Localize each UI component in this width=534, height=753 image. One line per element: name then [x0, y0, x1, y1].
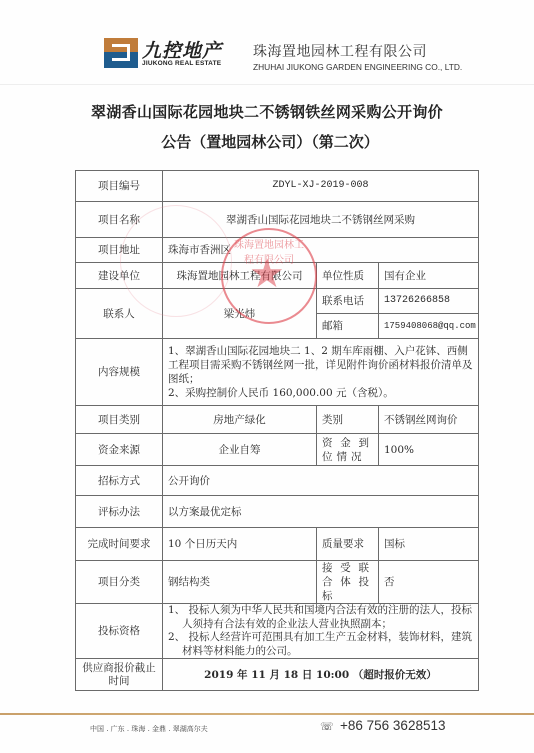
funding-status-value: 100%: [379, 434, 479, 466]
deadline-value: 2019 年 11 月 18 日 10:00 （超时报价无效）: [163, 659, 479, 691]
table-row: 项目分类 钢结构类 接受联合体投标 否: [76, 561, 479, 604]
project-name-label: 项目名称: [76, 202, 163, 238]
logo-english-text: JIUKONG REAL ESTATE: [142, 60, 221, 67]
project-name-value: 翠湖香山国际花园地块二不锈钢丝网采购: [163, 202, 479, 238]
table-row: 项目编号 ZDYL-XJ-2019-008: [76, 171, 479, 202]
table-row: 项目地址 珠海市香洲区: [76, 238, 479, 263]
funding-value: 企业自筹: [163, 434, 317, 466]
header-divider: [0, 84, 534, 85]
completion-value: 10 个日历天内: [163, 528, 317, 561]
announcement-table: 项目编号 ZDYL-XJ-2019-008 项目名称 翠湖香山国际花园地块二不锈…: [75, 170, 479, 691]
table-row: 招标方式 公开询价: [76, 466, 479, 496]
table-row: 建设单位 珠海置地园林工程有限公司 单位性质 国有企业: [76, 263, 479, 289]
evaluation-label: 评标办法: [76, 496, 163, 528]
consortium-label: 接受联合体投标: [317, 561, 379, 604]
footer-phone: ☏+86 756 3628513: [320, 718, 445, 733]
company-logo-icon: [104, 38, 138, 68]
contact-value: 梁光炜: [163, 289, 317, 339]
funding-status-label: 资金到位情况: [317, 434, 379, 466]
table-row: 评标办法 以方案最优定标: [76, 496, 479, 528]
footer-address: 中国 . 广东 . 珠海 . 金鼎 . 翠湖高尔夫: [90, 724, 208, 734]
scope-item: 1、翠湖香山国际花园地块二 1、2 期车库雨棚、入户花钵、西侧工程项目需采购不锈…: [168, 344, 473, 386]
project-address-value: 珠海市香洲区: [163, 238, 479, 263]
builder-nature-value: 国有企业: [379, 263, 479, 289]
project-no-label: 项目编号: [76, 171, 163, 202]
classification-label: 项目分类: [76, 561, 163, 604]
project-no-value: ZDYL-XJ-2019-008: [163, 171, 479, 202]
scope-label: 内容规模: [76, 339, 163, 406]
letterhead: 九控地产 JIUKONG REAL ESTATE 珠海置地园林工程有限公司 ZH…: [0, 0, 534, 88]
deadline-label: 供应商报价截止时间: [76, 659, 163, 691]
document-title-line1: 翠湖香山国际花园地块二不锈钢铁丝网采购公开询价: [0, 101, 534, 122]
table-row: 资金来源 企业自筹 资金到位情况 100%: [76, 434, 479, 466]
project-type-value: 房地产绿化: [163, 406, 317, 434]
contact-email-label: 邮箱: [317, 314, 379, 339]
quality-value: 国标: [379, 528, 479, 561]
quality-label: 质量要求: [317, 528, 379, 561]
builder-nature-label: 单位性质: [317, 263, 379, 289]
bid-method-label: 招标方式: [76, 466, 163, 496]
table-row: 供应商报价截止时间 2019 年 11 月 18 日 10:00 （超时报价无效…: [76, 659, 479, 691]
qualification-item: 1、 投标人须为中华人民共和国境内合法有效的注册的法人，投标人须持有合法有效的企…: [168, 604, 473, 631]
category-label: 类别: [317, 406, 379, 434]
bid-method-value: 公开询价: [163, 466, 479, 496]
scope-value: 1、翠湖香山国际花园地块二 1、2 期车库雨棚、入户花钵、西侧工程项目需采购不锈…: [163, 339, 479, 406]
qualification-label: 投标资格: [76, 604, 163, 659]
table-row: 完成时间要求 10 个日历天内 质量要求 国标: [76, 528, 479, 561]
table-row: 投标资格 1、 投标人须为中华人民共和国境内合法有效的注册的法人，投标人须持有合…: [76, 604, 479, 659]
evaluation-value: 以方案最优定标: [163, 496, 479, 528]
completion-label: 完成时间要求: [76, 528, 163, 561]
phone-icon: ☏: [320, 720, 332, 733]
contact-phone-label: 联系电话: [317, 289, 379, 314]
table-row: 联系人 梁光炜 联系电话 13726266858: [76, 289, 479, 314]
qualification-item: 2、 投标人经营许可范围具有加工生产五金材料，装饰材料，建筑材料等材料能力的公司…: [168, 631, 473, 658]
document-title-line2: 公告（置地园林公司）（第二次）: [0, 131, 534, 152]
table-row: 项目名称 翠湖香山国际花园地块二不锈钢丝网采购: [76, 202, 479, 238]
builder-label: 建设单位: [76, 263, 163, 289]
classification-value: 钢结构类: [163, 561, 317, 604]
company-name-cn: 珠海置地园林工程有限公司: [253, 41, 427, 61]
logo-chinese-text: 九控地产: [142, 36, 222, 63]
builder-value: 珠海置地园林工程有限公司: [163, 263, 317, 289]
consortium-value: 否: [379, 561, 479, 604]
company-name-en: ZHUHAI JIUKONG GARDEN ENGINEERING CO., L…: [253, 62, 462, 72]
table-row: 项目类别 房地产绿化 类别 不锈钢丝网询价: [76, 406, 479, 434]
footer-phone-number[interactable]: +86 756 3628513: [340, 718, 445, 733]
contact-label: 联系人: [76, 289, 163, 339]
qualification-value: 1、 投标人须为中华人民共和国境内合法有效的注册的法人，投标人须持有合法有效的企…: [163, 604, 479, 659]
scope-item: 2、采购控制价人民币 160,000.00 元（含税）。: [168, 386, 473, 400]
table-row: 内容规模 1、翠湖香山国际花园地块二 1、2 期车库雨棚、入户花钵、西侧工程项目…: [76, 339, 479, 406]
contact-email-value[interactable]: 1759408068@qq.com: [379, 314, 479, 339]
category-value: 不锈钢丝网询价: [379, 406, 479, 434]
project-type-label: 项目类别: [76, 406, 163, 434]
project-address-label: 项目地址: [76, 238, 163, 263]
funding-label: 资金来源: [76, 434, 163, 466]
contact-phone-value: 13726266858: [379, 289, 479, 314]
footer-divider: [0, 713, 534, 715]
